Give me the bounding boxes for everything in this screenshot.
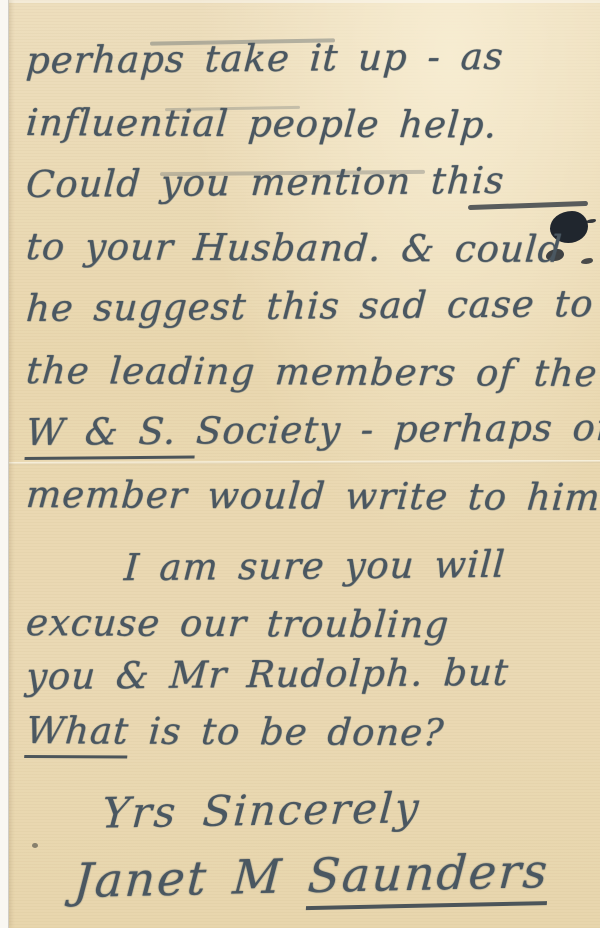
- scan-top-highlight: [8, 0, 600, 3]
- letter-body: perhaps take it up - asinfluential peopl…: [26, 32, 598, 760]
- word-segment: influential people help.: [25, 101, 499, 146]
- letter-paragraph: I am sure you willexcuse our troublingyo…: [26, 544, 598, 760]
- word-segment: Society - perhaps one: [195, 406, 600, 453]
- word-segment: member would write to him: [25, 473, 600, 519]
- word-segment: Could you mention this: [25, 159, 506, 206]
- closing-line: Yrs Sincerely: [24, 777, 600, 843]
- handwriting-line: I am sure you will: [24, 539, 599, 598]
- word-segment: he suggest this sad case to: [25, 282, 595, 330]
- handwriting-line: excuse our troubling: [24, 598, 600, 655]
- scanner-edge: [0, 0, 9, 928]
- handwriting-line: perhaps take it up - as: [24, 27, 600, 94]
- handwriting-line: you & Mr Rudolph. but: [24, 647, 599, 706]
- signature-line: Janet M Saunders: [24, 840, 600, 914]
- underlined-word: What: [24, 709, 130, 759]
- underlined-word: W & S.: [24, 410, 197, 461]
- letter-paragraph: perhaps take it up - asinfluential peopl…: [26, 32, 598, 528]
- handwriting-line: he suggest this sad case to: [24, 275, 600, 342]
- handwriting-line: W & S. Society - perhaps one: [24, 399, 600, 466]
- handwriting-line: to your Husband. & could: [24, 218, 600, 283]
- handwriting-line: the leading members of the: [24, 342, 600, 407]
- word-segment: you & Mr Rudolph. but: [25, 651, 510, 698]
- letter-content: perhaps take it up - asinfluential peopl…: [26, 32, 598, 908]
- handwriting-line: member would write to him: [24, 466, 600, 531]
- handwriting-line: What is to be done?: [24, 706, 600, 763]
- scanned-letter-page: perhaps take it up - asinfluential peopl…: [0, 0, 600, 928]
- word-segment: is to be done?: [127, 710, 445, 755]
- word-segment: perhaps take it up - as: [25, 35, 505, 82]
- underlined-word: Saunders: [306, 844, 551, 910]
- word-segment: the leading members of the: [25, 349, 600, 395]
- handwriting-line: influential people help.: [24, 94, 600, 159]
- word-segment: excuse our troubling: [25, 601, 451, 646]
- word-segment: I am sure you will: [123, 543, 507, 589]
- word-segment: Janet M: [72, 849, 309, 909]
- word-segment: to your Husband. & could: [25, 225, 565, 271]
- handwriting-line: Could you mention this: [24, 151, 600, 218]
